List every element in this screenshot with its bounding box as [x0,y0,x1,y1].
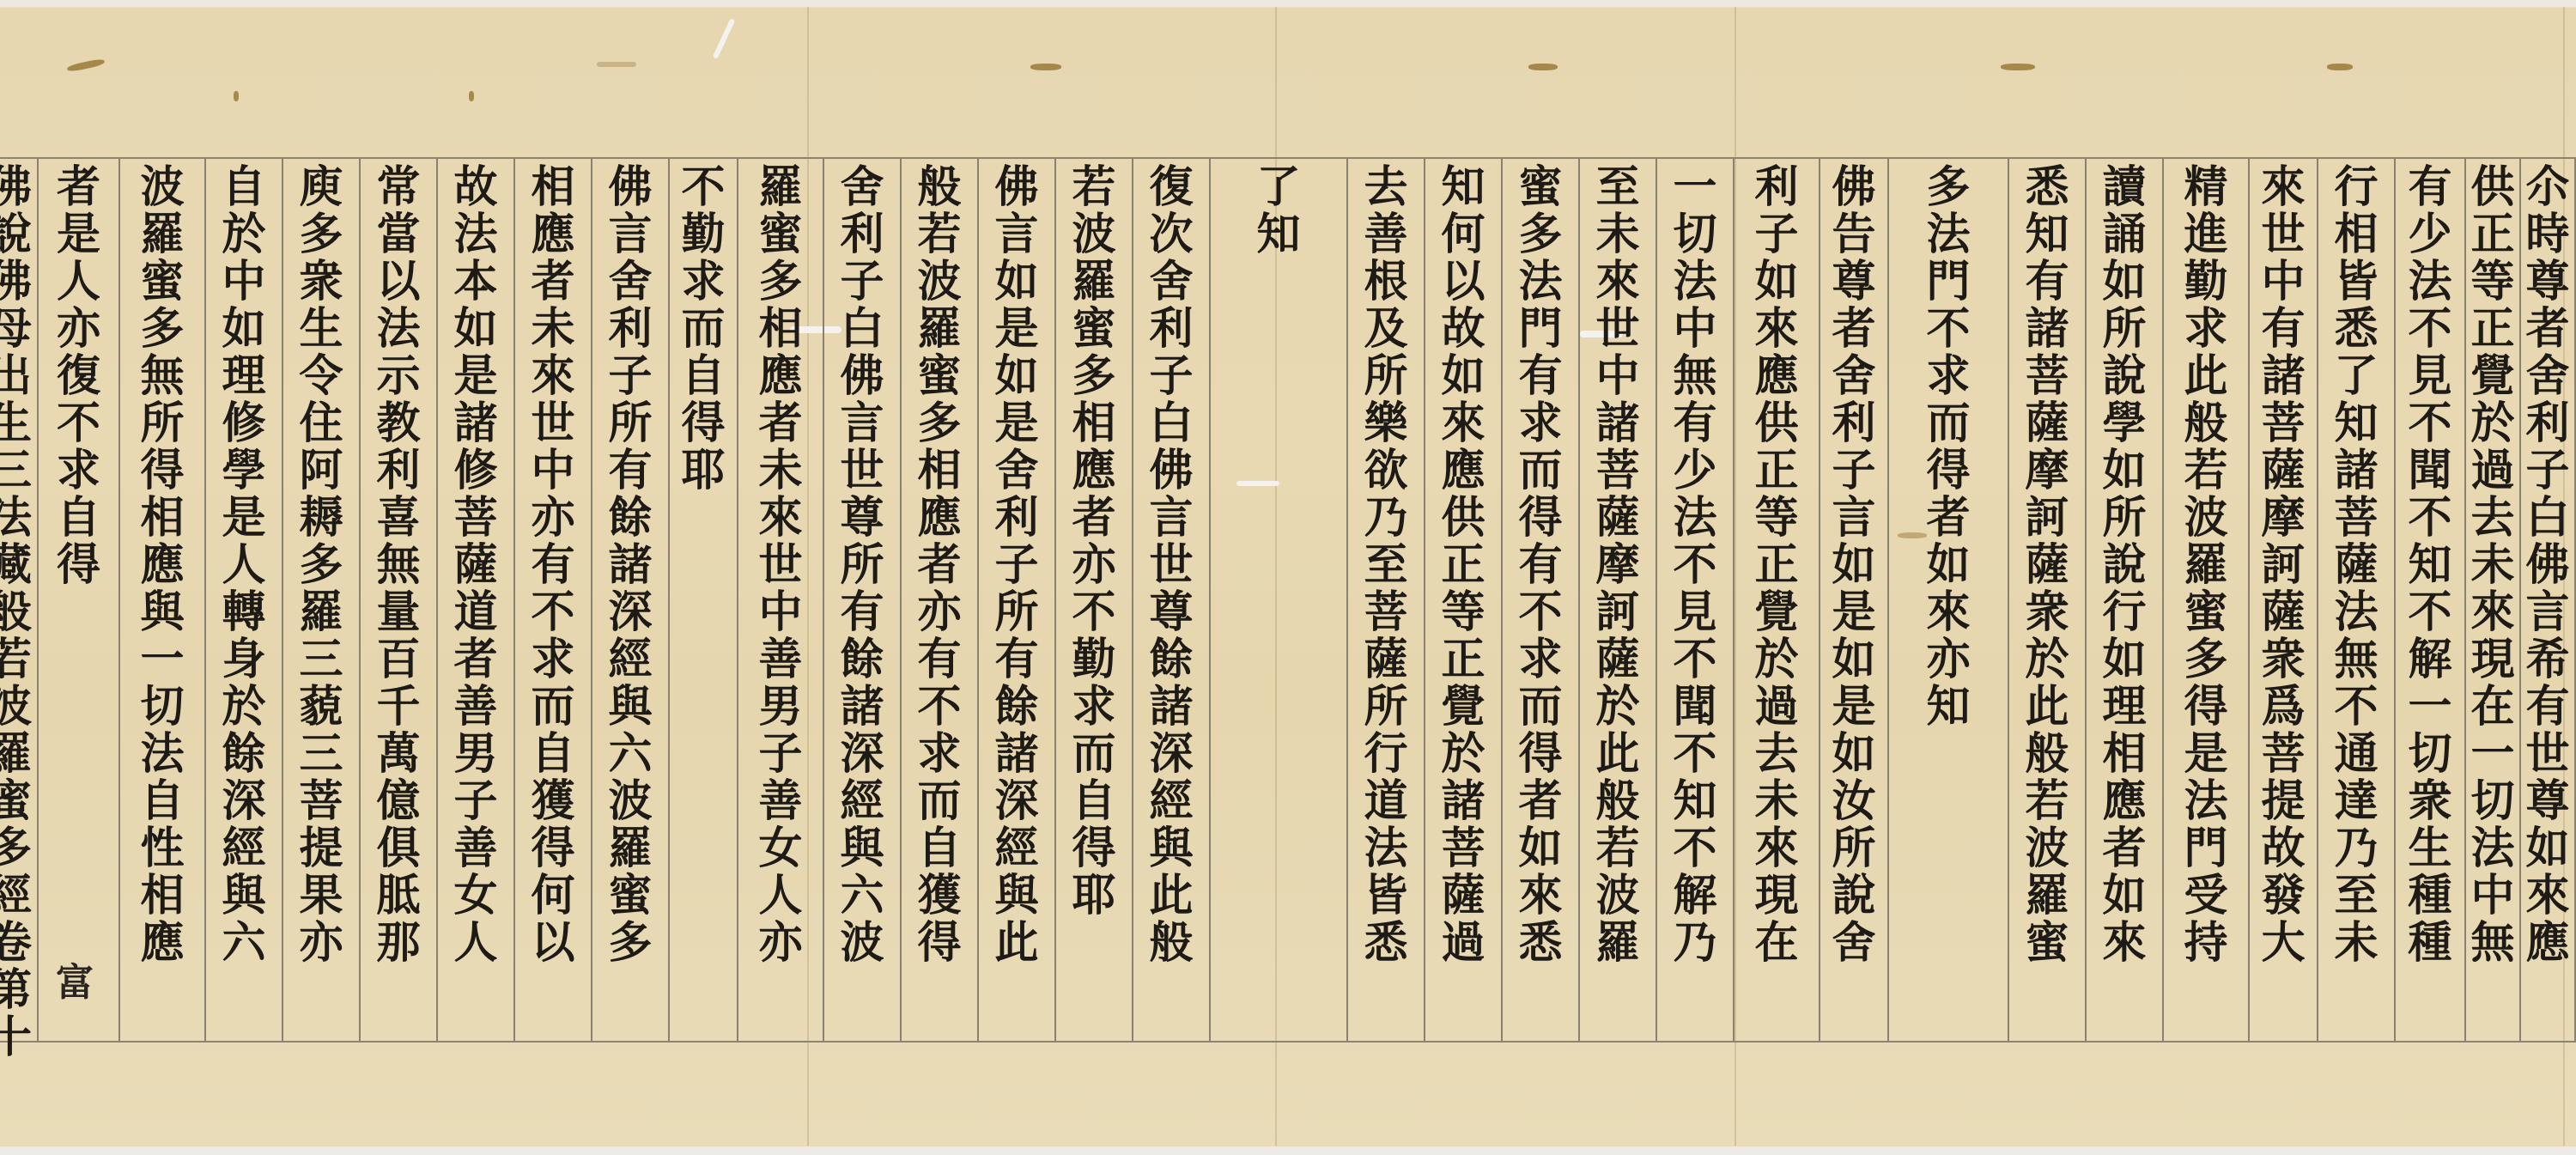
column-text: 有少法不見不聞不知不解一切衆生種種 [2396,164,2464,967]
column-text: 常當以法示教利喜無量百千萬億俱胝那 [361,164,436,967]
text-column: 故法本如是諸修菩薩道者善男子善女人 [438,159,515,1041]
text-column: 波羅蜜多無所得相應與一切法自性相應 [120,159,206,1041]
text-column: 供正等正覺於過去未來現在一切法中無 [2466,159,2521,1041]
text-column: 庾多衆生令住阿耨多羅三藐三菩提果亦 [283,159,361,1041]
text-column: 若波羅蜜多相應者亦不勤求而自得耶 [1056,159,1133,1041]
column-text: 佛說佛母出生三法藏般若波羅蜜多經卷第十 [0,164,37,1061]
text-column: 讀誦如所說學如所說行如理相應者如來 [2087,159,2164,1041]
column-text: 蜜多法門有求而得有不求而得者如來悉 [1503,164,1578,967]
column-text: 羅蜜多相應者未來世中善男子善女人亦 [738,164,823,967]
ruled-text-area: 尒時尊者舍利子白佛言希有世尊如來應供正等正覺於過去未來現在一切法中無有少法不見不… [0,157,2576,1043]
column-text: 行相皆悉了知諸菩薩法無不通達乃至未 [2318,164,2394,967]
sutra-scroll: 尒時尊者舍利子白佛言希有世尊如來應供正等正覺於過去未來現在一切法中無有少法不見不… [0,0,2576,1155]
column-text: 自於中如理修學是人轉身於餘深經與六 [206,164,282,967]
text-column: 自於中如理修學是人轉身於餘深經與六 [206,159,283,1041]
scroll-bottom-edge [0,1146,2576,1155]
text-column: 利子如來應供正等正覺於過去未來現在 [1735,159,1820,1041]
ink-stain [469,91,474,101]
column-text: 佛言舍利子所有餘諸深經與六波羅蜜多 [592,164,668,967]
text-column: 復次舍利子白佛言世尊餘諸深經與此般 [1133,159,1211,1041]
text-column: 精進勤求此般若波羅蜜多得是法門受持 [2164,159,2250,1041]
text-column: 有少法不見不聞不知不解一切衆生種種 [2396,159,2466,1041]
column-text: 復次舍利子白佛言世尊餘諸深經與此般 [1133,164,1209,967]
column-text: 悉知有諸菩薩摩訶薩衆於此般若波羅蜜 [2009,164,2085,967]
column-text: 供正等正覺於過去未來現在一切法中無 [2466,164,2519,967]
text-column: 知何以故如來應供正等正覺於諸菩薩過 [1425,159,1503,1041]
text-column: 去善根及所樂欲乃至菩薩所行道法皆悉 [1348,159,1425,1041]
column-text: 佛言如是如是舍利子所有餘諸深經與此 [979,164,1054,967]
text-column: 佛言如是如是舍利子所有餘諸深經與此 [979,159,1056,1041]
text-column: 尒時尊者舍利子白佛言希有世尊如來應 [2521,159,2576,1041]
text-column: 不勤求而自得耶 [670,159,738,1041]
paper-tear [713,18,736,59]
column-text: 多法門不求而得者如來亦知 [1889,164,2008,731]
text-column: 佛言舍利子所有餘諸深經與六波羅蜜多 [592,159,670,1041]
column-text: 至未來世中諸菩薩摩訶薩於此般若波羅 [1580,164,1656,967]
text-column: 佛說佛母出生三法藏般若波羅蜜多經卷第十 [0,159,39,1041]
text-column: 佛告尊者舍利子言如是如是如汝所說舍 [1820,159,1889,1041]
ink-stain [1528,64,1558,70]
text-column: 至未來世中諸菩薩摩訶薩於此般若波羅 [1580,159,1657,1041]
column-text: 相應者未來世中亦有不求而自獲得何以 [515,164,591,967]
column-text: 去善根及所樂欲乃至菩薩所行道法皆悉 [1348,164,1424,967]
column-text: 不勤求而自得耶 [670,164,737,495]
text-column: 行相皆悉了知諸菩薩法無不通達乃至未 [2318,159,2396,1041]
text-column: 一切法中無有少法不見不聞不知不解乃 [1657,159,1735,1041]
column-text: 精進勤求此般若波羅蜜多得是法門受持 [2164,164,2248,967]
text-column: 悉知有諸菩薩摩訶薩衆於此般若波羅蜜 [2009,159,2087,1041]
column-text: 庾多衆生令住阿耨多羅三藐三菩提果亦 [283,164,359,967]
column-text: 若波羅蜜多相應者亦不勤求而自得耶 [1056,164,1132,920]
column-text: 尒時尊者舍利子白佛言希有世尊如來應 [2521,164,2574,967]
column-text: 利子如來應供正等正覺於過去未來現在 [1735,164,1819,967]
text-column: 蜜多法門有求而得有不求而得者如來悉 [1503,159,1580,1041]
text-column: 多法門不求而得者如來亦知 [1889,159,2009,1041]
column-text: 般若波羅蜜多相應者亦有不求而自獲得 [902,164,977,967]
text-column: 羅蜜多相應者未來世中善男子善女人亦 [738,159,824,1041]
ink-stain [1030,64,1061,70]
text-column: 般若波羅蜜多相應者亦有不求而自獲得 [902,159,979,1041]
ink-stain [234,91,239,101]
column-text: 者是人亦復不求自得 [39,164,118,589]
column-text: 讀誦如所說學如所說行如理相應者如來 [2087,164,2162,967]
column-text: 知何以故如來應供正等正覺於諸菩薩過 [1425,164,1501,967]
column-text: 故法本如是諸修菩薩道者善男子善女人 [438,164,513,967]
text-column: 了知 [1211,159,1348,1041]
ink-stain [2001,64,2035,70]
text-column: 相應者未來世中亦有不求而自獲得何以 [515,159,592,1041]
column-text: 佛告尊者舍利子言如是如是如汝所說舍 [1820,164,1887,967]
ink-stain [2327,64,2353,70]
column-text: 波羅蜜多無所得相應與一切法自性相應 [120,164,204,967]
column-text: 一切法中無有少法不見不聞不知不解乃 [1657,164,1733,967]
text-column: 來世中有諸菩薩摩訶薩衆爲菩提故發大 [2250,159,2318,1041]
text-column: 常當以法示教利喜無量百千萬億俱胝那 [361,159,438,1041]
text-column: 舍利子白佛言世尊所有餘諸深經與六波 [824,159,902,1041]
text-column: 者是人亦復不求自得 [39,159,120,1041]
column-text: 了知 [1211,164,1346,258]
column-text: 來世中有諸菩薩摩訶薩衆爲菩提故發大 [2250,164,2317,967]
column-text: 舍利子白佛言世尊所有餘諸深經與六波 [824,164,900,967]
paper-tear [597,62,636,67]
ink-stain [67,58,106,73]
colophon-mark: 富 [56,951,94,1006]
